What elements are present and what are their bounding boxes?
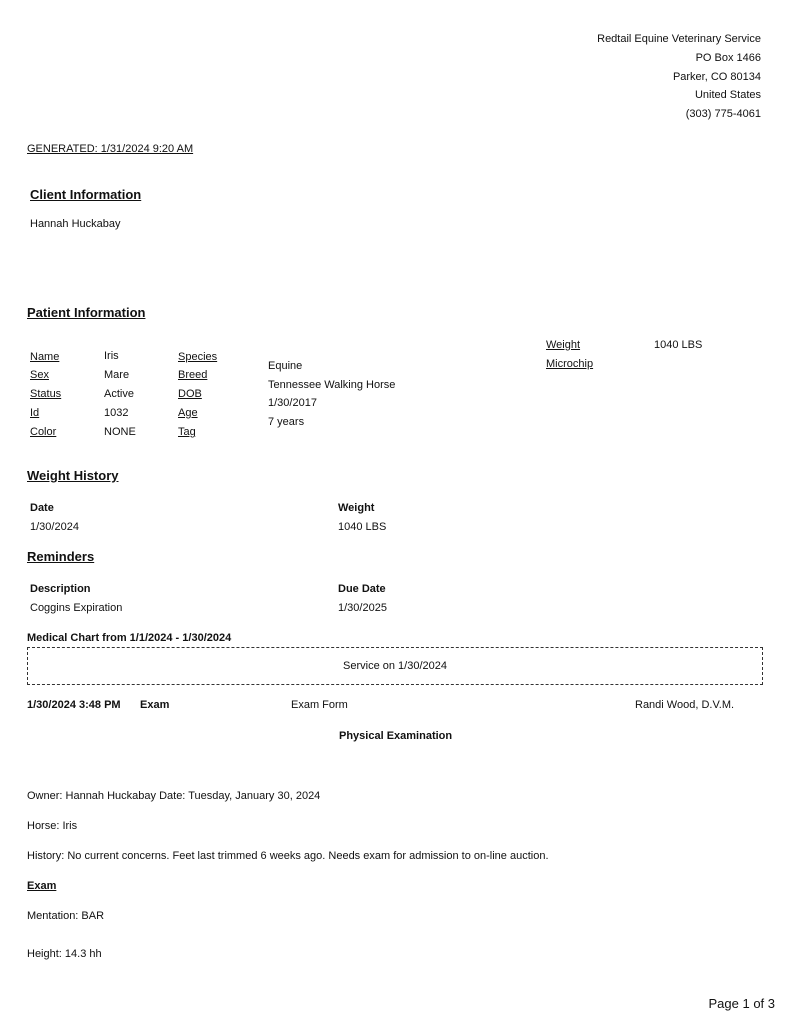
field-value-name: Iris bbox=[104, 350, 119, 362]
cell-description: Coggins Expiration bbox=[30, 602, 122, 614]
form-title: Physical Examination bbox=[339, 730, 452, 742]
field-value-sex: Mare bbox=[104, 369, 129, 381]
exam-heading: Exam bbox=[27, 880, 56, 892]
field-value-id: 1032 bbox=[104, 407, 128, 419]
patient-heading: Patient Information bbox=[27, 305, 145, 320]
field-value-species: Equine bbox=[268, 360, 302, 372]
weight-history-heading: Weight History bbox=[27, 468, 119, 483]
page-number: Page 1 of 3 bbox=[709, 996, 776, 1011]
service-box: Service on 1/30/2024 bbox=[27, 647, 763, 685]
generated-timestamp: GENERATED: 1/31/2024 9:20 AM bbox=[27, 143, 193, 155]
field-label-species: Species bbox=[178, 351, 217, 363]
col-header-due-date: Due Date bbox=[338, 583, 386, 595]
field-label-tag: Tag bbox=[178, 426, 196, 438]
field-value-dob: 1/30/2017 bbox=[268, 397, 317, 409]
entry-datetime: 1/30/2024 3:48 PM bbox=[27, 699, 121, 711]
client-name: Hannah Huckabay bbox=[30, 218, 121, 230]
field-label-breed: Breed bbox=[178, 369, 207, 381]
field-label-weight: Weight bbox=[546, 339, 580, 351]
field-value-breed: Tennessee Walking Horse bbox=[268, 379, 395, 391]
clinic-name: Redtail Equine Veterinary Service bbox=[597, 33, 761, 45]
field-label-status: Status bbox=[30, 388, 61, 400]
cell-due-date: 1/30/2025 bbox=[338, 602, 387, 614]
medical-chart-title: Medical Chart from 1/1/2024 - 1/30/2024 bbox=[27, 632, 231, 644]
field-label-name: Name bbox=[30, 351, 59, 363]
horse-line: Horse: Iris bbox=[27, 820, 77, 832]
field-label-age: Age bbox=[178, 407, 198, 419]
entry-form: Exam Form bbox=[291, 699, 348, 711]
cell-weight: 1040 LBS bbox=[338, 521, 386, 533]
clinic-phone: (303) 775-4061 bbox=[686, 108, 761, 120]
cell-date: 1/30/2024 bbox=[30, 521, 79, 533]
field-label-color: Color bbox=[30, 426, 56, 438]
col-header-weight: Weight bbox=[338, 502, 374, 514]
reminders-heading: Reminders bbox=[27, 549, 94, 564]
field-value-age: 7 years bbox=[268, 416, 304, 428]
history-line: History: No current concerns. Feet last … bbox=[27, 850, 549, 862]
entry-doctor: Randi Wood, D.V.M. bbox=[635, 699, 734, 711]
clinic-address-2: Parker, CO 80134 bbox=[673, 71, 761, 83]
service-label: Service on 1/30/2024 bbox=[28, 660, 762, 672]
entry-type: Exam bbox=[140, 699, 169, 711]
owner-line: Owner: Hannah Huckabay Date: Tuesday, Ja… bbox=[27, 790, 320, 802]
field-value-weight: 1040 LBS bbox=[654, 339, 702, 351]
clinic-country: United States bbox=[695, 89, 761, 101]
field-value-status: Active bbox=[104, 388, 134, 400]
height-line: Height: 14.3 hh bbox=[27, 948, 102, 960]
field-value-color: NONE bbox=[104, 426, 136, 438]
field-label-sex: Sex bbox=[30, 369, 49, 381]
col-header-description: Description bbox=[30, 583, 91, 595]
field-label-microchip: Microchip bbox=[546, 358, 593, 370]
field-label-dob: DOB bbox=[178, 388, 202, 400]
field-label-id: Id bbox=[30, 407, 39, 419]
col-header-date: Date bbox=[30, 502, 54, 514]
client-heading: Client Information bbox=[30, 187, 141, 202]
mentation-line: Mentation: BAR bbox=[27, 910, 104, 922]
clinic-address-1: PO Box 1466 bbox=[696, 52, 761, 64]
